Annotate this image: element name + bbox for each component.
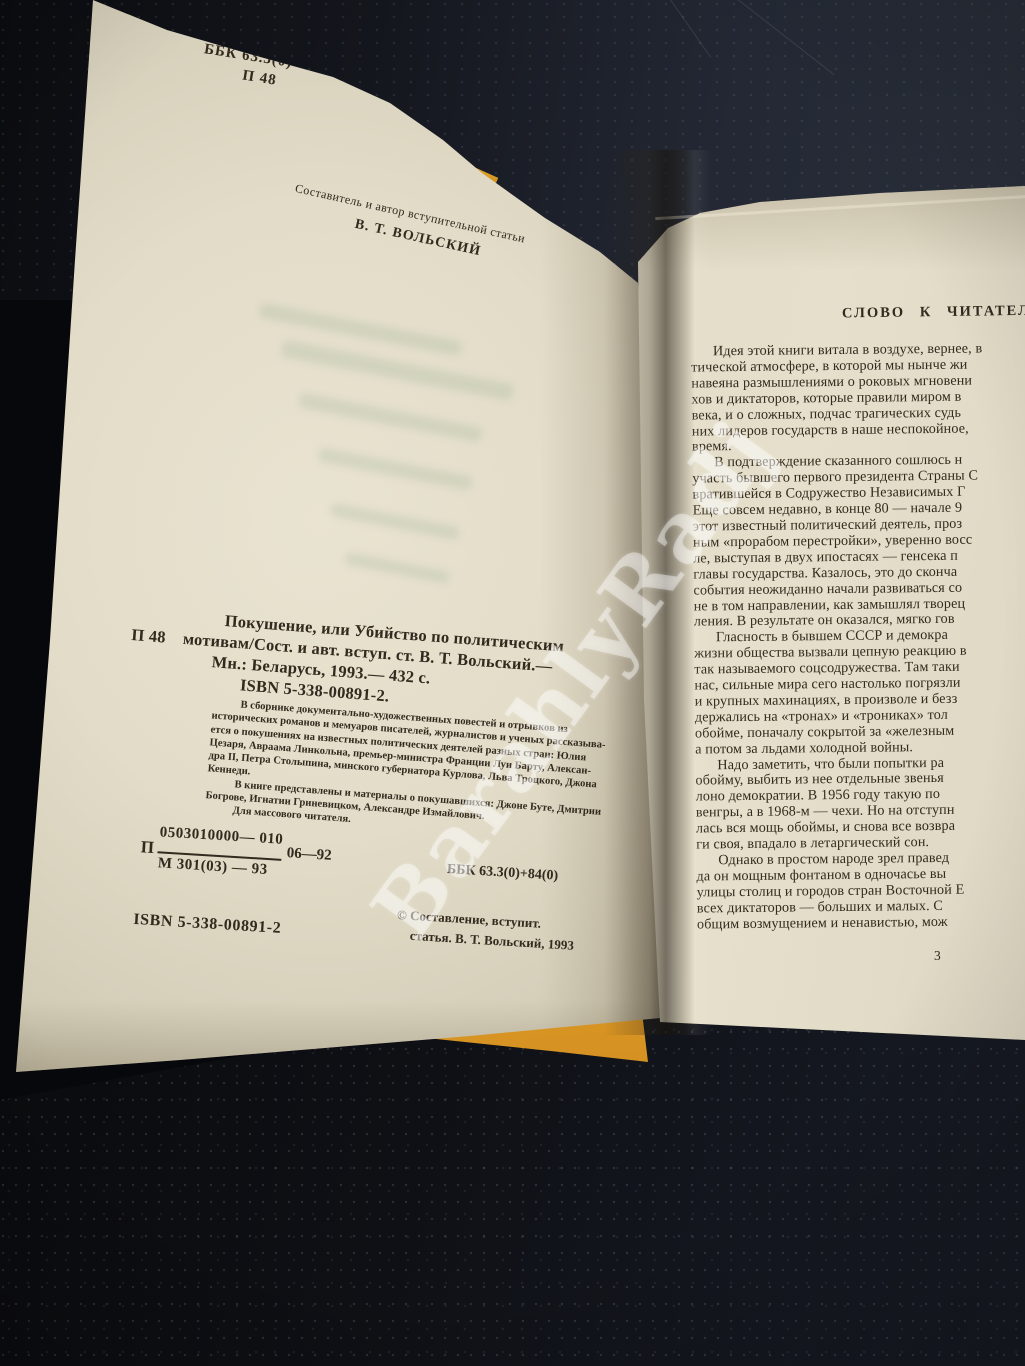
showthrough-text — [298, 392, 482, 442]
page-number: 3 — [934, 948, 941, 964]
showthrough-text — [330, 503, 460, 541]
imprint-numerator: 0503010000— 010 — [159, 824, 284, 849]
imprint-suffix: 06—92 — [286, 845, 332, 865]
imprint-index-letter: П — [140, 837, 154, 858]
showthrough-text — [318, 447, 473, 490]
showthrough-text — [281, 340, 515, 402]
compiler-block: Составитель и автор вступительной статьи… — [289, 181, 527, 269]
chapter-heading: СЛОВО К ЧИТАТЕЛЮ — [842, 303, 1025, 323]
showthrough-text — [345, 552, 450, 584]
book-photo: ББК 63.3(0)П 48 Составитель и автор всту… — [0, 0, 1025, 1366]
text-line: общим возмущением и ненавистью, мож — [697, 912, 1025, 933]
isbn-number: ISBN 5-338-00891-2 — [133, 911, 282, 938]
